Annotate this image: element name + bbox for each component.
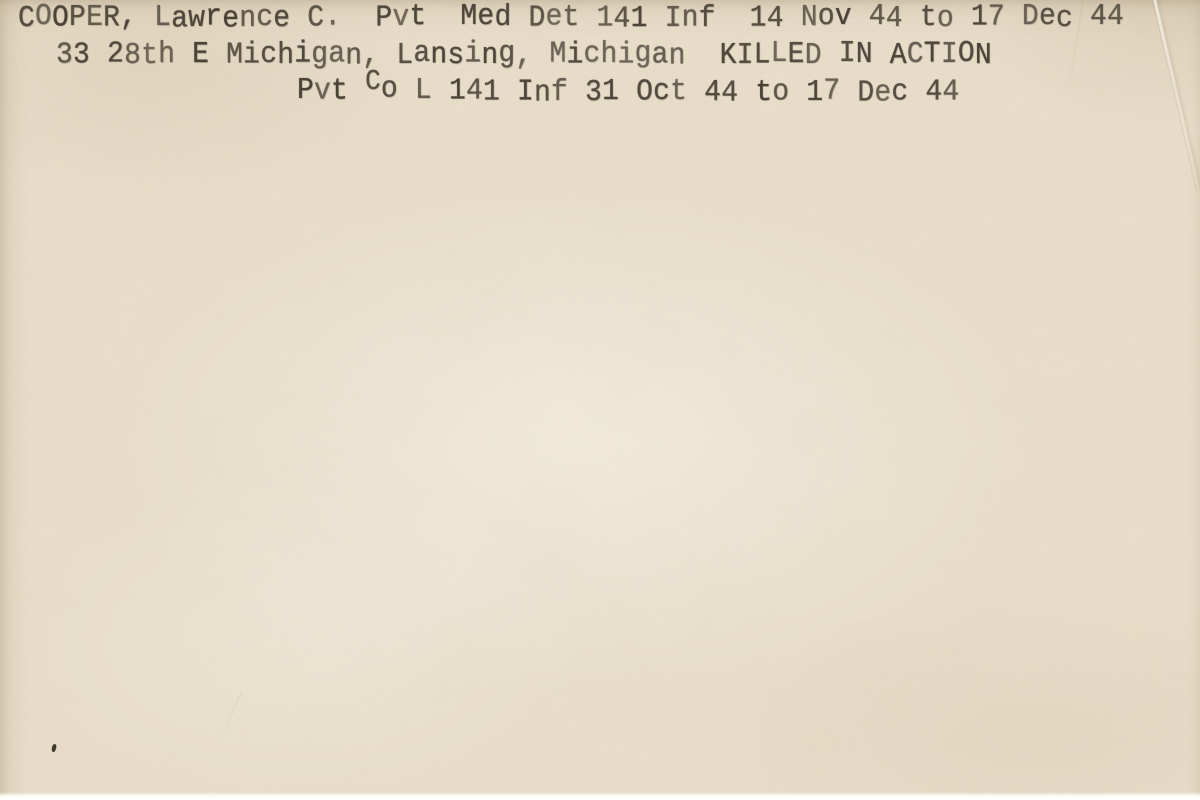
typed-line-name-rank-unit-dates: COOPER, Lawrence C. Pvt Med Det 141 Inf … [18,2,1124,35]
line3-prefix: Pvt [297,76,365,109]
line3-rest: L 141 Inf 31 Oct 44 to 17 Dec 44 [398,76,960,109]
line3-raised-letter: C [365,65,381,98]
typed-line-second-assignment: Pvt Co L 141 Inf 31 Oct 44 to 17 Dec 44 [297,75,959,109]
scan-bottom-edge [0,792,1200,800]
scanned-page: COOPER, Lawrence C. Pvt Med Det 141 Inf … [0,0,1200,800]
index-card: COOPER, Lawrence C. Pvt Med Det 141 Inf … [0,0,1200,800]
typed-text-block: COOPER, Lawrence C. Pvt Med Det 141 Inf … [0,0,1200,800]
line3-mid-letter: o [381,73,398,106]
typed-line-address-status: 33 28th E Michigan, Lansing, Michigan KI… [56,39,992,72]
